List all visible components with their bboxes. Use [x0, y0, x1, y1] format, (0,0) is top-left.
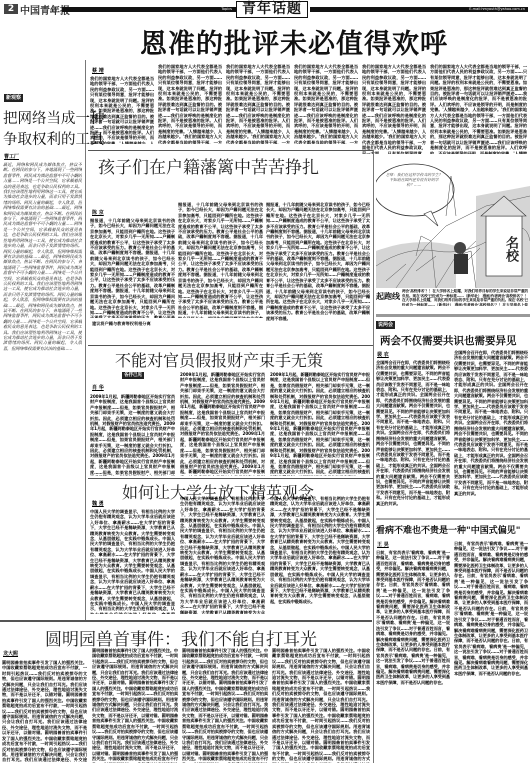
hukou-body-col3: 据报道，十几年前随父母来到北京读书的孩子，如今已经长大，却因为户籍问题无法在北京… — [266, 202, 370, 330]
main-author: 蔡 靖 — [92, 67, 104, 74]
hukou-body-col2: 据报道，十几年前随父母来到北京读书的孩子，如今已经长大，却因为户籍问题无法在北京… — [178, 202, 263, 318]
hukou-body-col1: 据报道，十几年前随父母来到北京读书的孩子，如今已经长大，却因为户籍问题无法在北京… — [90, 218, 175, 318]
healthcare-body-col1: 日前，有官员表示'看病难、看病贵'是一种偏见，这一说法引发了争议……对于普通百姓… — [376, 550, 450, 760]
sidebar-tag: 新观察 — [4, 94, 23, 102]
section-title: 青年话题 — [236, 1, 308, 18]
cartoon-illustration: 老师：我们在这样学校当的学生？不知道在国内还有没有好的学校？…… 名校 — [376, 156, 530, 288]
divider — [376, 314, 530, 317]
healthcare-headline: 看病不难也不贵是一种"中国式偏见" — [376, 523, 520, 536]
divider — [0, 620, 372, 622]
cartoon-speech-bubble: 老师：我们在这样学校当的学生？不知道在国内还有没有好的学校？…… — [384, 172, 444, 187]
main-headline: 恩准的批评未必值得欢呼 — [140, 22, 448, 61]
yuanmingyuan-body-col2: 圆明园兽首拍卖事件引发了国人的强烈关注。中国收藏家蔡铭超竞拍成功后宣布不付款，一… — [92, 648, 178, 763]
yuanmingyuan-headline: 圆明园兽首事件：我们不能自打耳光 — [45, 625, 317, 650]
main-body-col1: 我们的国家地方人大代表全都是当地的领导干部，一方面他们代表人民的利益参政议政，另… — [90, 76, 154, 144]
main-body-col3: 我们的国家地方人大代表全都是当地的领导干部，一方面他们代表人民的利益参政议政，另… — [226, 64, 290, 144]
yuanmingyuan-body-col3: 圆明园兽首拍卖事件引发了国人的强烈关注。中国收藏家蔡铭超竞拍成功后宣布不付款，一… — [182, 648, 268, 763]
elite-body-col1: 中国人民大学的调查显示，有相当比例的大学生仍抱有精英观念，认为大学毕业后就应该进… — [90, 509, 175, 614]
hukou-headline: 孩子们在户籍藩篱中苦苦挣扎 — [98, 153, 319, 178]
column-divider — [373, 150, 374, 620]
section-english: Topics — [221, 7, 232, 12]
main-body-col4: 我们的国家地方人大代表全都是当地的领导干部，一方面他们代表人民的利益参政议政，另… — [294, 64, 358, 144]
masthead: 2 中国青年报 ///// 2009年3月4日 星期三 Topics 青年话题 … — [0, 0, 530, 18]
elite-body-col2: 中国人民大学的调查显示，有相当比例的大学生仍抱有精英观念，认为大学毕业后就应该进… — [180, 496, 265, 614]
date-bar: 2009年3月4日 星期三 Topics — [62, 7, 236, 12]
hukou-caption: 建议将户籍与教育等权利相分离 — [92, 321, 151, 327]
healthcare-body-col2: 日前，有官员表示'看病难、看病贵'是一种偏见，这一说法引发了争议……对于普通百姓… — [454, 541, 528, 760]
sidebar-body: 最近，网络和网民成为媒体焦点，热议不断。在网民的参与下，各地涌现了一些网络监督事… — [3, 162, 82, 618]
hukou-author: 陈 京 — [92, 209, 104, 216]
email: E-mail:hmyouth@yahoo.com.cn — [469, 7, 525, 12]
healthcare-author: 王 昊 — [377, 541, 389, 548]
main-body-col2: 我们的国家地方人大代表全都是当地的领导干部，一方面他们代表人民的利益参政议政，另… — [158, 64, 222, 144]
cartoon-sign: 名校 — [490, 226, 518, 272]
assets-body-col2: 2009年1月起，新疆阿勒泰地区开始实行官员财产申报制度，这是我国首个县级以上官… — [180, 372, 265, 476]
sidebar-author: 曹工厂 — [4, 153, 19, 160]
column-divider — [373, 620, 374, 763]
main-body-col6: 我们的国家地方人大代表全都是当地的领导干部，一方面他们代表人民的利益参政议政，另… — [430, 64, 527, 154]
two-sessions-body-col2: 全国两会召开在即，代表委员们将围绕经济社会发展的重大问题建言献策。两会不仅需要共… — [454, 350, 528, 510]
divider — [88, 150, 373, 151]
two-sessions-headline: 两会不仅需要共识也需要异见 — [380, 333, 517, 348]
assets-body-col3: 2009年1月起，新疆阿勒泰地区开始实行官员财产申报制度，这是我国首个县级以上官… — [270, 372, 370, 476]
cartoon-title: 起跑线 — [376, 291, 400, 302]
page-number: 2 — [4, 4, 18, 14]
two-sessions-author: 裴 农 — [377, 351, 389, 358]
divider — [376, 518, 530, 520]
yuanmingyuan-author: 龙大熙 — [3, 650, 18, 657]
elite-body-col3: 中国人民大学的调查显示，有相当比例的大学生仍抱有精英观念，认为大学毕业后就应该进… — [270, 496, 370, 614]
two-sessions-body-col1: 全国两会召开在即，代表委员们将围绕经济社会发展的重大问题建言献策。两会不仅需要共… — [376, 360, 450, 510]
assets-author: 肖 华 — [92, 384, 104, 391]
divider — [88, 345, 373, 346]
divider — [88, 478, 373, 479]
cartoon-caption: 两会'高校排名'？！在大学排名上炫耀，对我们培养目标的学生来说是非常严重的负担。… — [402, 289, 528, 306]
assets-tag: 各抒己见 — [122, 372, 144, 379]
elite-author: 魏 勇 — [92, 500, 104, 507]
assets-body-col1: 2009年1月起，新疆阿勒泰地区开始实行官员财产申报制度，这是我国首个县级以上官… — [90, 394, 175, 476]
assets-headline: 不能对官员假报财产束手无策 — [115, 348, 323, 371]
two-sessions-tag: 说两会 — [376, 321, 395, 329]
main-body-col5: 我们的国家地方人大代表全都是当地的领导干部，一方面他们代表人民的利益参政议政，另… — [362, 64, 426, 154]
yuanmingyuan-body-col1: 圆明园兽首拍卖事件引发了国人的强烈关注。中国收藏家蔡铭超竞拍成功后宣布不付款，一… — [2, 660, 87, 763]
issue-date: 2009年3月4日 星期三 — [70, 19, 105, 23]
hatch-decoration: ///// — [50, 6, 57, 14]
yuanmingyuan-body-col4: 圆明园兽首拍卖事件引发了国人的强烈关注。中国收藏家蔡铭超竞拍成功后宣布不付款，一… — [272, 648, 370, 763]
contact-bar: 本版编辑/张卓成 Tel:(010)64098011 E-mail:hmyout… — [310, 7, 528, 12]
